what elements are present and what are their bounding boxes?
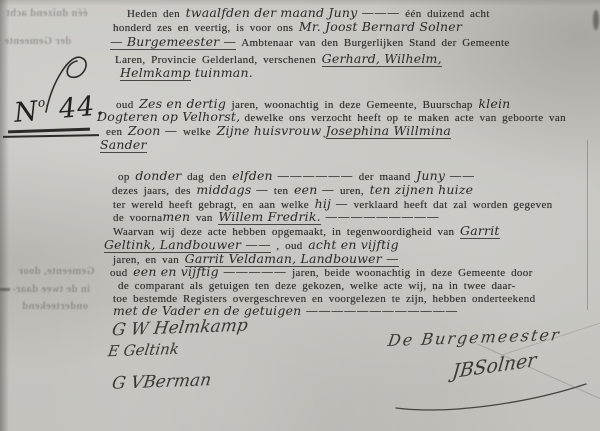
handwritten-text: klein <box>478 96 510 111</box>
handwritten-text: Zijne huisvrouw <box>217 123 326 138</box>
scanned-birth-record-page: één duizend acht der Gemeente Gemeente, … <box>0 0 600 431</box>
signature-witness-2: G VBerman <box>111 370 213 394</box>
handwritten-text: een — <box>294 182 334 197</box>
document-line: Helmkamp tuinman. <box>120 66 253 79</box>
bleedthrough-text: één duizend acht <box>6 8 88 19</box>
page-crease <box>587 140 588 310</box>
official-title: De Burgemeester <box>387 325 562 350</box>
document-line: met de Vader en de getuigen ———————————— <box>113 304 458 317</box>
handwritten-text: ten zijnen huize <box>370 182 474 197</box>
printed-text: Ambtenaar van den Burgerlijken Stand der… <box>236 37 509 49</box>
document-line: Sander <box>100 138 147 151</box>
bleedthrough-text: Gemeente, door <box>18 266 95 277</box>
printed-text: de voorna <box>113 212 162 224</box>
printed-text: op <box>118 171 135 183</box>
handwritten-text: een en vijftig ————— <box>133 264 286 279</box>
printed-text: van <box>190 212 218 224</box>
scan-edge-blemish <box>593 10 599 30</box>
handwritten-text: men <box>162 209 190 224</box>
handwritten-text: donder <box>135 168 181 183</box>
record-number-underline <box>3 134 99 137</box>
printed-text: dezes jaars, des <box>112 185 196 197</box>
document-line: honderd zes en veertig, is voor ons Mr. … <box>113 20 462 35</box>
handwritten-text: — Burgemeester — <box>110 34 236 50</box>
signature-witness-1: E Geltink <box>107 340 180 361</box>
scan-edge-blemish <box>0 288 10 291</box>
record-number-prefix: N <box>13 96 40 129</box>
printed-text: ten <box>268 185 294 197</box>
handwritten-text: acht en vijftig <box>308 237 399 252</box>
printed-text: Heden den <box>127 8 186 20</box>
handwritten-text: Mr. Joost Bernard Solner <box>299 19 462 34</box>
handwritten-text: ————————— <box>321 209 439 224</box>
handwritten-text: Dogteren op Velhorst, <box>97 109 244 124</box>
handwritten-text: Garrit <box>460 223 500 239</box>
document-line: dezes jaars, des middags — ten een — ure… <box>112 183 473 198</box>
printed-text: honderd zes en veertig, is voor ons <box>113 22 299 34</box>
handwritten-text: Josephina Willmina <box>326 123 451 139</box>
document-line: — Burgemeester — Ambtenaar van den Burge… <box>110 35 510 50</box>
handwritten-text: Juny —— <box>416 168 475 183</box>
handwritten-text: elfden —————— <box>232 168 353 183</box>
handwritten-text: Helmkamp <box>120 65 191 81</box>
bleedthrough-text: onderteekend <box>22 301 88 312</box>
record-number-sup: o. <box>37 95 49 110</box>
handwritten-text: tuinman. <box>191 65 253 80</box>
handwritten-closing-rule: ———————————— <box>306 303 458 318</box>
document-line: de voornamen van Willem Fredrik. ———————… <box>113 210 439 225</box>
handwritten-text: Gerhard, Wilhelm, <box>322 51 442 67</box>
record-number: No. 44. <box>13 90 106 129</box>
document-line: een Zoon — welke Zijne huisvrouw Josephi… <box>106 124 451 139</box>
signature-underline-flourish <box>392 378 592 418</box>
bleedthrough-text: in de twee daar- <box>12 284 90 295</box>
bleedthrough-text: der Gemeente <box>4 36 71 47</box>
handwritten-text: Zoon — <box>128 123 177 138</box>
signature-father: G W Helmkamp <box>111 316 249 341</box>
handwritten-text: twaalfden der maand Juny ——— <box>186 5 400 20</box>
handwritten-text: Sander <box>100 137 147 153</box>
handwritten-text: met de Vader en de getuigen <box>113 303 306 318</box>
handwritten-text: middags — <box>196 182 268 197</box>
printed-text: welke <box>177 126 216 138</box>
handwritten-text: Willem Fredrik. <box>218 209 320 225</box>
